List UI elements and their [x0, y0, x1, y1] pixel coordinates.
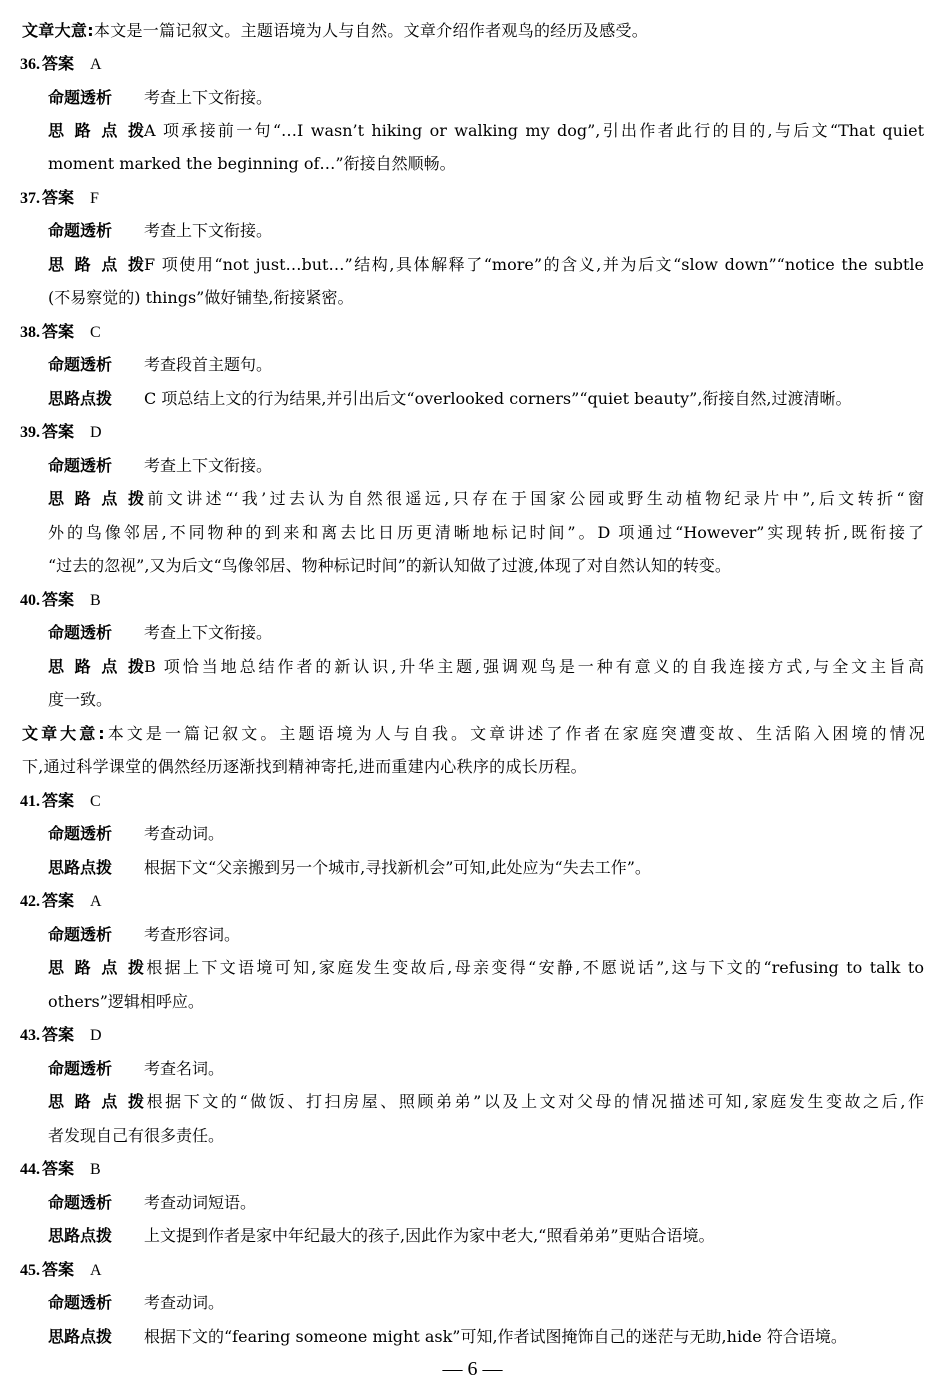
analysis-text: 考查形容词。 — [144, 925, 240, 944]
answer-value: A — [90, 56, 102, 73]
question-44-answer: 44.答案B — [20, 1158, 101, 1181]
hint-text: 根据上下文语境可知,家庭发生变故后,母亲变得“安静,不愿说话”,这与下文的“re… — [144, 958, 924, 977]
question-44-analysis: 命题透析考查动词短语。 — [48, 1192, 256, 1214]
analysis-label: 命题透析 — [48, 1192, 144, 1214]
answer-value: A — [90, 1262, 102, 1279]
analysis-label: 命题透析 — [48, 1292, 144, 1314]
hint-text: F 项使用“not just…but…”结构,具体解释了“more”的含义,并为… — [144, 255, 924, 274]
hint-continuation: others”逻辑相呼应。 — [48, 991, 204, 1013]
answer-label: 答案 — [42, 791, 74, 810]
question-number: 42. — [20, 893, 40, 910]
question-40-hint: 思路点拨B 项恰当地总结作者的新认识,升华主题,强调观鸟是一种有意义的自我连接方… — [48, 656, 924, 678]
analysis-label: 命题透析 — [48, 622, 144, 644]
question-36-answer: 36.答案A — [20, 53, 102, 76]
answer-value: C — [90, 324, 101, 341]
question-41-analysis: 命题透析考查动词。 — [48, 823, 224, 845]
answer-label: 答案 — [42, 1025, 74, 1044]
hint-text: A 项承接前一句“…I wasn’t hiking or walking my … — [144, 121, 924, 140]
analysis-text: 考查动词。 — [144, 1293, 224, 1312]
hint-continuation: 度一致。 — [48, 689, 112, 711]
analysis-text: 考查上下文衔接。 — [144, 623, 272, 642]
hint-label: 思路点拨 — [48, 120, 144, 142]
hint-continuation: “过去的忽视”,又为后文“鸟像邻居、物种标记时间”的新认知做了过渡,体现了对自然… — [48, 555, 731, 577]
question-38-hint: 思路点拨C 项总结上文的行为结果,并引出后文“overlooked corner… — [48, 388, 852, 410]
hint-text: 根据下文“父亲搬到另一个城市,寻找新机会”可知,此处应为“失去工作”。 — [144, 858, 651, 877]
answer-value: C — [90, 793, 101, 810]
analysis-label: 命题透析 — [48, 87, 144, 109]
hint-label: 思路点拨 — [48, 1326, 144, 1348]
question-39-analysis: 命题透析考查上下文衔接。 — [48, 455, 272, 477]
summary-label: 文章大意: — [22, 21, 94, 40]
hint-text: 前文讲述“‘我’过去认为自然很遥远,只存在于国家公园或野生动植物纪录片中”,后文… — [144, 489, 924, 508]
answer-label: 答案 — [42, 590, 74, 609]
answer-value: D — [90, 1027, 102, 1044]
hint-text: C 项总结上文的行为结果,并引出后文“overlooked corners”“q… — [144, 389, 852, 408]
question-number: 39. — [20, 424, 40, 441]
hint-label: 思路点拨 — [48, 488, 144, 510]
question-44-hint: 思路点拨上文提到作者是家中年纪最大的孩子,因此作为家中老大,“照看弟弟”更贴合语… — [48, 1225, 715, 1247]
summary-continuation: 下,通过科学课堂的偶然经历逐渐找到精神寄托,进而重建内心秩序的成长历程。 — [22, 756, 587, 778]
answer-value: D — [90, 424, 102, 441]
analysis-text: 考查动词短语。 — [144, 1193, 256, 1212]
question-number: 41. — [20, 793, 40, 810]
answer-value: A — [90, 893, 102, 910]
section-summary: 文章大意:本文是一篇记叙文。主题语境为人与自然。文章介绍作者观鸟的经历及感受。 — [22, 20, 648, 42]
hint-label: 思路点拨 — [48, 857, 144, 879]
analysis-label: 命题透析 — [48, 924, 144, 946]
question-42-answer: 42.答案A — [20, 890, 102, 913]
analysis-text: 考查上下文衔接。 — [144, 88, 272, 107]
question-number: 43. — [20, 1027, 40, 1044]
analysis-label: 命题透析 — [48, 220, 144, 242]
section-summary: 文章大意:本文是一篇记叙文。主题语境为人与自我。文章讲述了作者在家庭突遭变故、生… — [22, 723, 925, 745]
question-number: 38. — [20, 324, 40, 341]
question-45-analysis: 命题透析考查动词。 — [48, 1292, 224, 1314]
question-number: 45. — [20, 1262, 40, 1279]
hint-text: 根据下文的“fearing someone might ask”可知,作者试图掩… — [144, 1327, 847, 1346]
question-42-hint: 思路点拨根据上下文语境可知,家庭发生变故后,母亲变得“安静,不愿说话”,这与下文… — [48, 957, 924, 979]
summary-text: 本文是一篇记叙文。主题语境为人与自我。文章讲述了作者在家庭突遭变故、生活陷入困境… — [105, 724, 925, 743]
hint-continuation: (不易察觉的) things”做好铺垫,衔接紧密。 — [48, 287, 353, 309]
question-36-analysis: 命题透析考查上下文衔接。 — [48, 87, 272, 109]
question-43-analysis: 命题透析考查名词。 — [48, 1058, 224, 1080]
summary-text: 本文是一篇记叙文。主题语境为人与自然。文章介绍作者观鸟的经历及感受。 — [94, 21, 648, 40]
hint-label: 思路点拨 — [48, 957, 144, 979]
question-40-answer: 40.答案B — [20, 589, 101, 612]
answer-label: 答案 — [42, 322, 74, 341]
summary-label: 文章大意: — [22, 724, 105, 743]
question-number: 36. — [20, 56, 40, 73]
answer-label: 答案 — [42, 54, 74, 73]
answer-value: B — [90, 592, 101, 609]
hint-continuation: 外的鸟像邻居,不同物种的到来和离去比日历更清晰地标记时间”。D 项通过“Howe… — [48, 522, 924, 544]
question-41-answer: 41.答案C — [20, 790, 101, 813]
analysis-text: 考查段首主题句。 — [144, 355, 272, 374]
answer-label: 答案 — [42, 188, 74, 207]
hint-label: 思路点拨 — [48, 254, 144, 276]
question-37-hint: 思路点拨F 项使用“not just…but…”结构,具体解释了“more”的含… — [48, 254, 924, 276]
hint-continuation: 者发现自己有很多责任。 — [48, 1125, 224, 1147]
hint-label: 思路点拨 — [48, 656, 144, 678]
answer-label: 答案 — [42, 422, 74, 441]
hint-text: B 项恰当地总结作者的新认识,升华主题,强调观鸟是一种有意义的自我连接方式,与全… — [144, 657, 924, 676]
question-45-hint: 思路点拨根据下文的“fearing someone might ask”可知,作… — [48, 1326, 847, 1348]
answer-value: B — [90, 1161, 101, 1178]
answer-value: F — [90, 190, 99, 207]
answer-label: 答案 — [42, 1159, 74, 1178]
hint-label: 思路点拨 — [48, 1225, 144, 1247]
question-45-answer: 45.答案A — [20, 1259, 102, 1282]
hint-text: 根据下文的“做饭、打扫房屋、照顾弟弟”以及上文对父母的情况描述可知,家庭发生变故… — [144, 1092, 924, 1111]
analysis-label: 命题透析 — [48, 1058, 144, 1080]
hint-label: 思路点拨 — [48, 1091, 144, 1113]
analysis-text: 考查上下文衔接。 — [144, 456, 272, 475]
hint-label: 思路点拨 — [48, 388, 144, 410]
hint-text: 上文提到作者是家中年纪最大的孩子,因此作为家中老大,“照看弟弟”更贴合语境。 — [144, 1226, 715, 1245]
question-37-analysis: 命题透析考查上下文衔接。 — [48, 220, 272, 242]
analysis-label: 命题透析 — [48, 354, 144, 376]
question-40-analysis: 命题透析考查上下文衔接。 — [48, 622, 272, 644]
answer-label: 答案 — [42, 1260, 74, 1279]
analysis-text: 考查动词。 — [144, 824, 224, 843]
question-43-hint: 思路点拨根据下文的“做饭、打扫房屋、照顾弟弟”以及上文对父母的情况描述可知,家庭… — [48, 1091, 924, 1113]
question-number: 37. — [20, 190, 40, 207]
analysis-text: 考查上下文衔接。 — [144, 221, 272, 240]
hint-continuation: moment marked the beginning of…”衔接自然顺畅。 — [48, 153, 456, 175]
question-38-answer: 38.答案C — [20, 321, 101, 344]
page-number: — 6 — — [0, 1358, 945, 1380]
answer-label: 答案 — [42, 891, 74, 910]
analysis-label: 命题透析 — [48, 455, 144, 477]
question-number: 44. — [20, 1161, 40, 1178]
analysis-text: 考查名词。 — [144, 1059, 224, 1078]
question-41-hint: 思路点拨根据下文“父亲搬到另一个城市,寻找新机会”可知,此处应为“失去工作”。 — [48, 857, 651, 879]
question-38-analysis: 命题透析考查段首主题句。 — [48, 354, 272, 376]
question-42-analysis: 命题透析考查形容词。 — [48, 924, 240, 946]
question-39-hint: 思路点拨前文讲述“‘我’过去认为自然很遥远,只存在于国家公园或野生动植物纪录片中… — [48, 488, 924, 510]
question-37-answer: 37.答案F — [20, 187, 99, 210]
question-43-answer: 43.答案D — [20, 1024, 102, 1047]
question-number: 40. — [20, 592, 40, 609]
question-36-hint: 思路点拨A 项承接前一句“…I wasn’t hiking or walking… — [48, 120, 924, 142]
analysis-label: 命题透析 — [48, 823, 144, 845]
question-39-answer: 39.答案D — [20, 421, 102, 444]
